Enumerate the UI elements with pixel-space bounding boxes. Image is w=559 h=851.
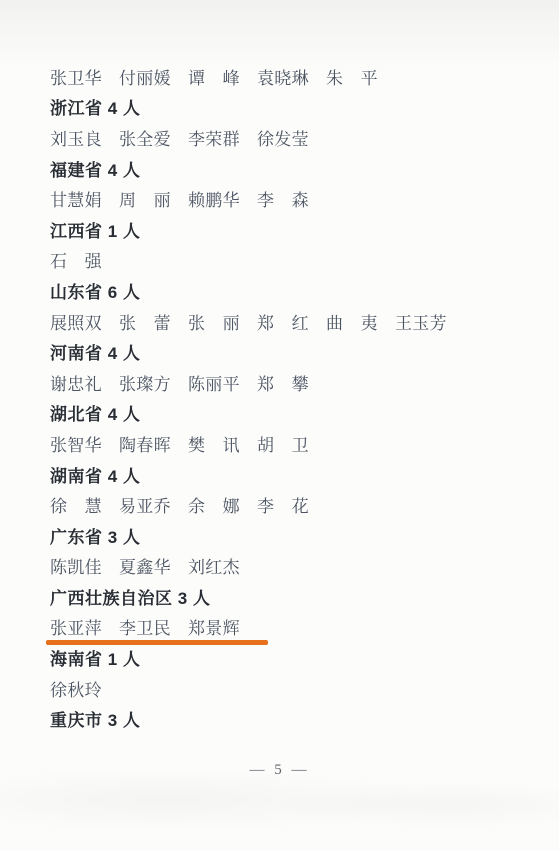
person-name: 朱 平 — [326, 64, 377, 89]
province-names-row: 石 强 — [50, 245, 529, 276]
person-name: 陈凯佳 — [50, 553, 101, 578]
province-header-row: 河南省 4 人 — [50, 336, 529, 367]
person-name: 刘红杰 — [188, 553, 239, 578]
province-names-row: 甘慧娟周 丽赖鹏华李 森 — [50, 183, 529, 214]
province-header: 重庆市 3 人 — [50, 706, 140, 731]
person-name: 李 森 — [257, 186, 308, 211]
province-header-row: 湖北省 4 人 — [50, 398, 529, 429]
person-name: 刘玉良 — [50, 125, 101, 150]
person-name: 张亚萍 — [50, 614, 101, 639]
highlight-underline — [46, 640, 268, 645]
continuation-names-row: 张卫华付丽媛谭 峰袁晓琳朱 平 — [50, 61, 529, 92]
province-names-row: 谢忠礼张璨方陈丽平郑 攀 — [50, 367, 529, 398]
province-names-row: 徐 慧易亚乔余 娜李 花 — [50, 489, 529, 520]
name-list: 张卫华付丽媛谭 峰袁晓琳朱 平浙江省 4 人刘玉良张全爱李荣群徐发莹福建省 4 … — [50, 61, 529, 734]
person-name: 李卫民 — [119, 614, 170, 639]
person-name: 易亚乔 — [119, 492, 170, 517]
person-name: 夏鑫华 — [119, 553, 170, 578]
province-header-row: 湖南省 4 人 — [50, 459, 529, 490]
person-name: 谢忠礼 — [50, 370, 101, 395]
province-names-row: 陈凯佳夏鑫华刘红杰 — [50, 551, 529, 582]
person-name: 余 娜 — [188, 492, 239, 517]
person-name: 石 强 — [50, 247, 101, 272]
province-header: 广西壮族自治区 3 人 — [50, 584, 210, 609]
person-name: 徐秋玲 — [50, 676, 101, 701]
person-name: 胡 卫 — [257, 431, 308, 456]
province-header-row: 重庆市 3 人 — [50, 703, 529, 734]
person-name: 张 丽 — [188, 309, 239, 334]
person-name: 袁晓琳 — [257, 64, 308, 89]
province-header: 广东省 3 人 — [50, 523, 140, 548]
person-name: 郑 攀 — [257, 370, 308, 395]
person-name: 展照双 — [50, 309, 101, 334]
province-header: 海南省 1 人 — [50, 645, 140, 670]
province-header: 福建省 4 人 — [50, 156, 140, 181]
person-name: 王玉芳 — [395, 309, 446, 334]
person-name: 付丽媛 — [119, 64, 170, 89]
person-name: 徐发莹 — [257, 125, 308, 150]
person-name: 赖鹏华 — [188, 186, 239, 211]
province-header: 湖南省 4 人 — [50, 462, 140, 487]
province-header-row: 海南省 1 人 — [50, 642, 529, 673]
person-name: 张 蕾 — [119, 309, 170, 334]
person-name: 李荣群 — [188, 125, 239, 150]
person-name: 徐 慧 — [50, 492, 101, 517]
province-header: 河南省 4 人 — [50, 339, 140, 364]
person-name: 曲 夷 — [326, 309, 377, 334]
person-name: 郑 红 — [257, 309, 308, 334]
page-number: — 5 — — [0, 762, 559, 779]
province-header-row: 浙江省 4 人 — [50, 92, 529, 123]
person-name: 甘慧娟 — [50, 186, 101, 211]
province-header: 湖北省 4 人 — [50, 400, 140, 425]
person-name: 樊 讯 — [188, 431, 239, 456]
province-header-row: 山东省 6 人 — [50, 275, 529, 306]
province-header-row: 广西壮族自治区 3 人 — [50, 581, 529, 612]
province-names-row: 张智华陶春晖樊 讯胡 卫 — [50, 428, 529, 459]
person-name: 李 花 — [257, 492, 308, 517]
person-name: 张全爱 — [119, 125, 170, 150]
province-names-row: 展照双张 蕾张 丽郑 红曲 夷王玉芳 — [50, 306, 529, 337]
document-page: 张卫华付丽媛谭 峰袁晓琳朱 平浙江省 4 人刘玉良张全爱李荣群徐发莹福建省 4 … — [0, 0, 559, 851]
person-name: 陈丽平 — [188, 370, 239, 395]
province-names-row: 张亚萍李卫民郑景辉 — [50, 612, 529, 643]
person-name: 张卫华 — [50, 64, 101, 89]
province-names-row: 刘玉良张全爱李荣群徐发莹 — [50, 122, 529, 153]
person-name: 郑景辉 — [188, 614, 239, 639]
person-name: 周 丽 — [119, 186, 170, 211]
province-header-row: 福建省 4 人 — [50, 153, 529, 184]
province-names-row: 徐秋玲 — [50, 673, 529, 704]
person-name: 张智华 — [50, 431, 101, 456]
province-header: 江西省 1 人 — [50, 217, 140, 242]
province-header: 浙江省 4 人 — [50, 94, 140, 119]
province-header-row: 广东省 3 人 — [50, 520, 529, 551]
person-name: 张璨方 — [119, 370, 170, 395]
province-header: 山东省 6 人 — [50, 278, 140, 303]
person-name: 陶春晖 — [119, 431, 170, 456]
province-header-row: 江西省 1 人 — [50, 214, 529, 245]
person-name: 谭 峰 — [188, 64, 239, 89]
